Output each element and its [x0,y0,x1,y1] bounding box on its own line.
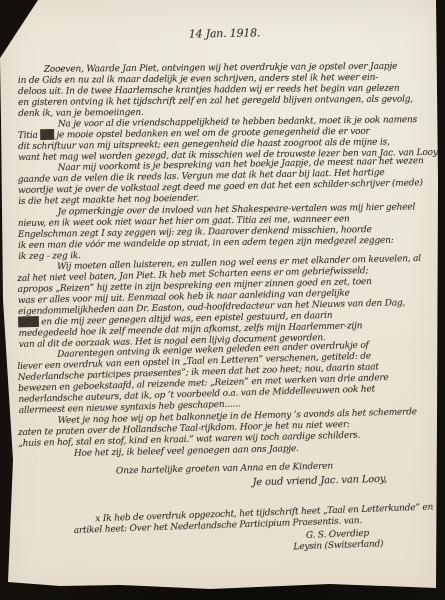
letter-paragraph-1: Zooeven, Waarde Jan Piet, ontvingen wij … [18,61,431,120]
letter-paragraph-5: Wij moeten allen luisteren, en zullen no… [17,254,432,351]
letter-paragraph-3: Naar mij voorkomt is je bespreking van h… [18,156,432,208]
letter-content: 14 Jan. 1918. Zooeven, Waarde Jan Piet, … [0,0,445,600]
scan-background: 14 Jan. 1918. Zooeven, Waarde Jan Piet, … [0,0,445,600]
letter-paper: 14 Jan. 1918. Zooeven, Waarde Jan Piet, … [0,0,445,600]
postscript: x Ik heb de overdruk opgezocht, het tijd… [73,503,431,561]
letter-paragraph-4: Je opmerkingje over de invloed van het S… [18,202,432,263]
letter-paragraph-6: Daarentegen ontving ik eenige weken gele… [17,339,432,417]
letter-date: 14 Jan. 1918. [18,24,431,42]
